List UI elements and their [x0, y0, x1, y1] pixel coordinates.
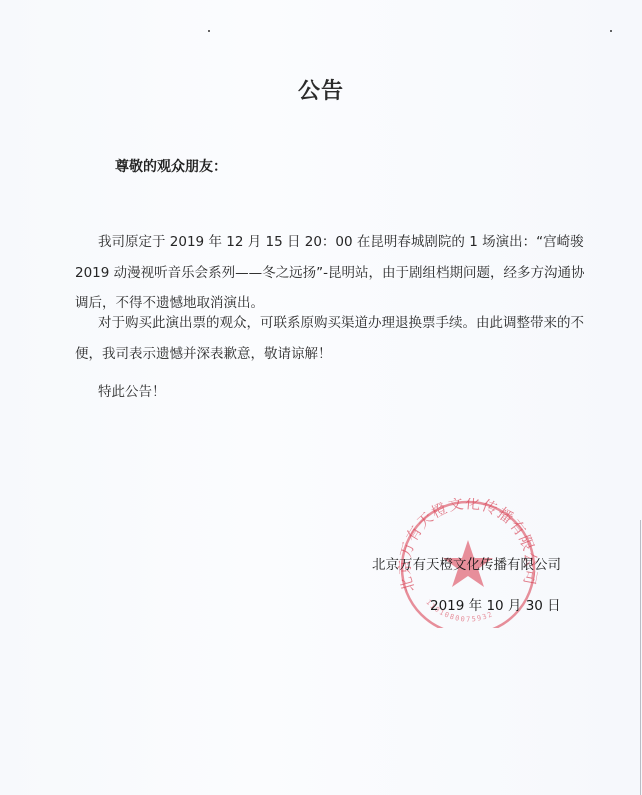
paragraph-line: 我司原定于 2019 年 12 月 15 日 20：00 在昆明春城剧院的 1 … [75, 227, 540, 258]
paragraph-line: 对于购买此演出票的观众，可联系原购买渠道办理退换票手续。由此调整带来的不 [75, 308, 540, 339]
scan-speck [208, 30, 210, 32]
paragraph-refund-notice: 对于购买此演出票的观众，可联系原购买渠道办理退换票手续。由此调整带来的不 便，我… [75, 308, 540, 369]
paragraph-closing: 特此公告！ [75, 377, 540, 408]
signature-date: 2019 年 10 月 30 日 [430, 594, 561, 614]
paragraph-line: 特此公告！ [75, 377, 540, 408]
paragraph-line: 2019 动漫视听音乐会系列——冬之远扬”-昆明站，由于剧组档期问题，经多方沟通… [75, 258, 540, 289]
salutation: 尊敬的观众朋友： [115, 156, 227, 176]
document-page: 公告 尊敬的观众朋友： 我司原定于 2019 年 12 月 15 日 20：00… [0, 0, 642, 795]
paragraph-line: 便，我司表示遗憾并深表歉意，敬请谅解！ [75, 339, 540, 370]
document-title: 公告 [0, 74, 642, 105]
scan-speck [610, 30, 612, 32]
paragraph-cancellation-notice: 我司原定于 2019 年 12 月 15 日 20：00 在昆明春城剧院的 1 … [75, 227, 540, 319]
signature-company: 北京万有天橙文化传播有限公司 [372, 553, 561, 573]
scan-edge-line [640, 520, 641, 795]
